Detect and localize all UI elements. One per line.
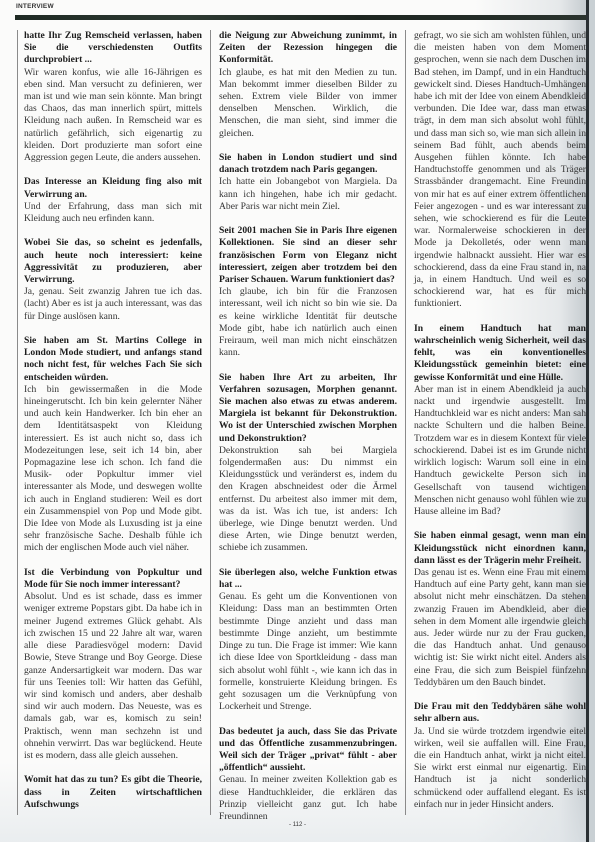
- interview-question: hatte Ihr Zug Remscheid verlassen, haben…: [24, 30, 202, 67]
- qa-block: hatte Ihr Zug Remscheid verlassen, haben…: [24, 30, 202, 164]
- column-rule-left: [17, 30, 18, 815]
- qa-block: gefragt, wo sie sich am wohlsten fühlen,…: [414, 30, 586, 311]
- text-column-3: gefragt, wo sie sich am wohlsten fühlen,…: [414, 30, 586, 823]
- column-rule-2: [405, 30, 406, 815]
- qa-block: In einem Handtuch hat man wahrscheinlich…: [414, 323, 586, 518]
- header-bar: [15, 15, 587, 20]
- interview-answer: Genau. Es geht um die Konventionen von K…: [219, 591, 397, 713]
- interview-answer: Dekonstruktion sah bei Margiela folgende…: [219, 445, 397, 555]
- interview-answer: Genau. In meiner zweiten Kollektion gab …: [219, 774, 397, 823]
- interview-answer: Absolut. Und es ist schade, dass es imme…: [24, 591, 202, 762]
- interview-question: Die Frau mit den Teddybären sähe wohl se…: [414, 701, 586, 725]
- interview-answer: Ich bin gewissermaßen in die Mode hinein…: [24, 384, 202, 555]
- qa-block: Sie haben einmal gesagt, wenn man ein Kl…: [414, 530, 586, 689]
- interview-question: Womit hat das zu tun? Es gibt die Theori…: [24, 774, 202, 811]
- interview-question: Seit 2001 machen Sie in Paris Ihre eigen…: [219, 225, 397, 286]
- column-rule-1: [210, 30, 211, 815]
- interview-answer: Ich glaube, ich bin für die Franzosen in…: [219, 286, 397, 359]
- qa-block: Seit 2001 machen Sie in Paris Ihre eigen…: [219, 225, 397, 359]
- section-label: INTERVIEW: [16, 3, 54, 10]
- interview-answer: Ja. Und sie würde trotzdem irgendwie eit…: [414, 726, 586, 811]
- qa-block: Wobei Sie das, so scheint es jedenfalls,…: [24, 237, 202, 322]
- qa-block: Sie überlegen also, welche Funktion etwa…: [219, 567, 397, 713]
- interview-answer: Wir waren konfus, wie alle 16-Jährigen e…: [24, 67, 202, 165]
- interview-question: Wobei Sie das, so scheint es jedenfalls,…: [24, 237, 202, 286]
- text-column-2: die Neigung zur Abweichung zunimmt, in Z…: [219, 30, 397, 835]
- interview-question: Sie haben am St. Martins College in Lond…: [24, 335, 202, 384]
- interview-question: In einem Handtuch hat man wahrscheinlich…: [414, 323, 586, 384]
- page-number: - 112 -: [0, 822, 595, 828]
- qa-block: Sie haben am St. Martins College in Lond…: [24, 335, 202, 555]
- qa-block: Die Frau mit den Teddybären sähe wohl se…: [414, 701, 586, 811]
- qa-block: Das Interesse an Kleidung fing also mit …: [24, 176, 202, 225]
- next-page-edge: [589, 0, 595, 842]
- qa-block: Das bedeutet ja auch, dass Sie das Priva…: [219, 726, 397, 824]
- interview-answer: Ich glaube, es hat mit den Medien zu tun…: [219, 67, 397, 140]
- interview-question: Sie überlegen also, welche Funktion etwa…: [219, 567, 397, 591]
- qa-block: Sie haben Ihre Art zu arbeiten, Ihr Verf…: [219, 372, 397, 555]
- interview-answer: Das genau ist es. Wenn eine Frau mit ein…: [414, 567, 586, 689]
- interview-answer: Ja, genau. Seit zwanzig Jahren tue ich d…: [24, 286, 202, 323]
- qa-block: Ist die Verbindung von Popkultur und Mod…: [24, 567, 202, 762]
- qa-block: die Neigung zur Abweichung zunimmt, in Z…: [219, 30, 397, 140]
- interview-question: die Neigung zur Abweichung zunimmt, in Z…: [219, 30, 397, 67]
- interview-answer: Aber man ist in einem Abendkleid ja auch…: [414, 384, 586, 518]
- interview-question: Ist die Verbindung von Popkultur und Mod…: [24, 567, 202, 591]
- qa-block: Womit hat das zu tun? Es gibt die Theori…: [24, 774, 202, 811]
- interview-question: Sie haben in London studiert und sind da…: [219, 152, 397, 176]
- interview-question: Sie haben einmal gesagt, wenn man ein Kl…: [414, 530, 586, 567]
- interview-answer: Und der Erfahrung, dass man sich mit Kle…: [24, 201, 202, 225]
- qa-block: Sie haben in London studiert und sind da…: [219, 152, 397, 213]
- interview-question: Das Interesse an Kleidung fing also mit …: [24, 176, 202, 200]
- interview-question: Das bedeutet ja auch, dass Sie das Priva…: [219, 726, 397, 775]
- interview-question: Sie haben Ihre Art zu arbeiten, Ihr Verf…: [219, 372, 397, 445]
- interview-answer: Ich hatte ein Jobangebot von Margiela. D…: [219, 176, 397, 213]
- interview-answer: gefragt, wo sie sich am wohlsten fühlen,…: [414, 30, 586, 311]
- text-column-1: hatte Ihr Zug Remscheid verlassen, haben…: [24, 30, 202, 823]
